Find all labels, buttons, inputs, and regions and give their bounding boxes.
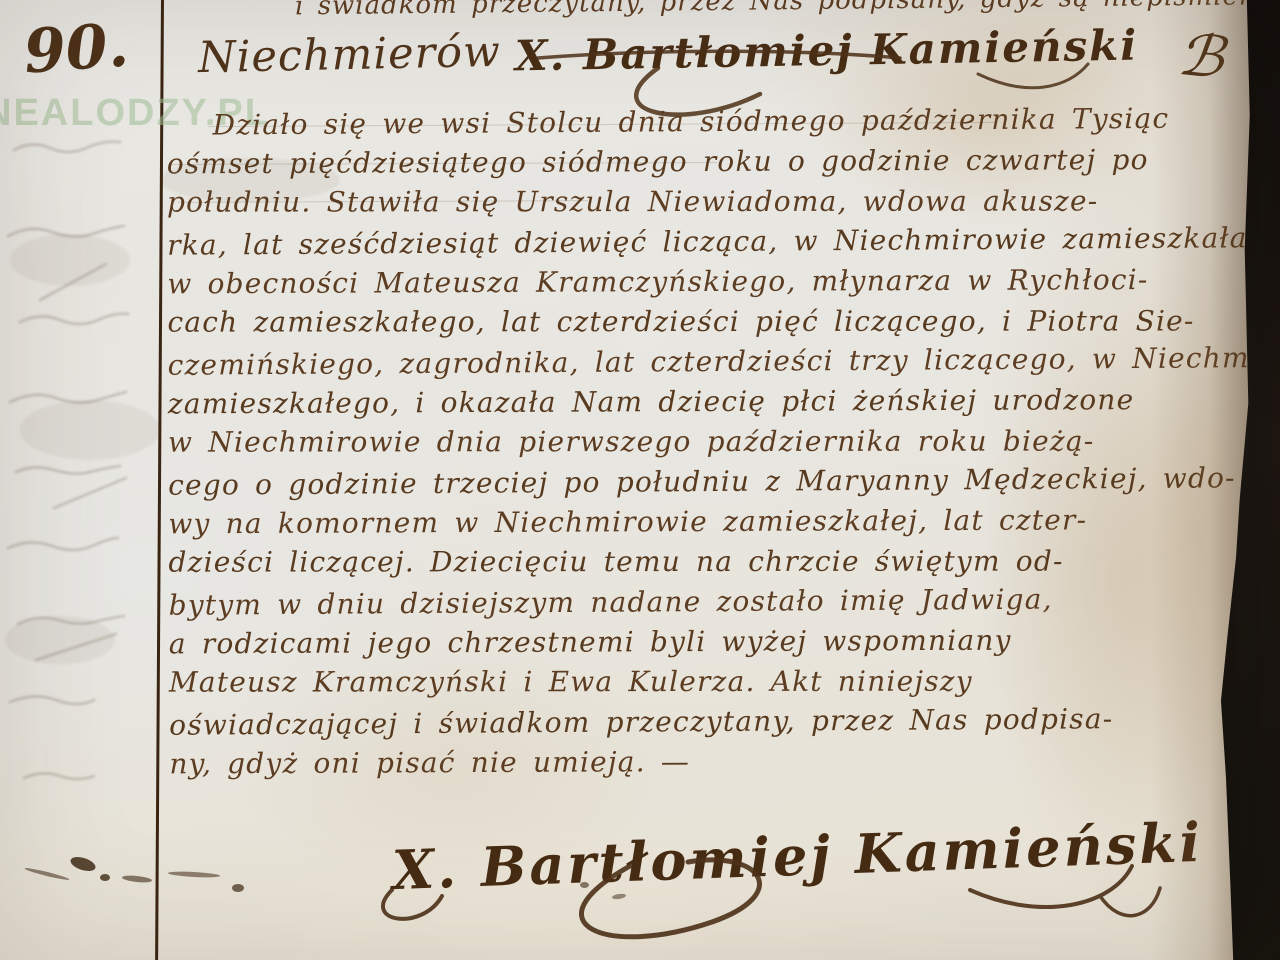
act-line: w Niechmirowie dnia pierwszego październ… [168, 421, 1253, 462]
act-line: oświadczającej i świadkom przeczytany, p… [169, 698, 1254, 746]
act-line: czemińskiego, zagrodnika, lat czterdzieś… [168, 338, 1253, 386]
act-line: w obecności Mateusza Kramczyńskiego, mły… [167, 260, 1252, 305]
act-line: cego o godzinie trzeciej po południu z M… [168, 458, 1253, 506]
act-line: Mateusz Kramczyński i Ewa Kulerza. Akt n… [169, 661, 1254, 702]
act-body-text: Działo się we wsi Stolcu dnia siódmego p… [167, 100, 1255, 785]
act-line: wy na komornem w Niechmirowie zamieszkał… [168, 500, 1253, 545]
act-line: ośmset pięćdziesiątego siódmego roku o g… [167, 140, 1252, 185]
act-line: dzieści liczącej. Dziecięciu temu na chr… [168, 541, 1253, 582]
act-line: Działo się we wsi Stolcu dnia siódmego p… [166, 98, 1251, 146]
ink-smudge [580, 882, 589, 888]
ink-smudge [100, 874, 110, 881]
act-line: ny, gdyż oni pisać nie umieją. — [169, 740, 1254, 785]
act-line: cach zamieszkałego, lat czterdzieści pię… [167, 301, 1252, 342]
act-line: rka, lat sześćdziesiąt dziewięć licząca,… [167, 218, 1252, 266]
act-line: zamieszkałego, i okazała Nam dziecię płc… [168, 380, 1253, 425]
record-number: 90. [22, 10, 131, 87]
signature-flourish [330, 838, 1170, 958]
act-line: a rodzicami jego chrzestnemi byli wyżej … [169, 620, 1254, 665]
ink-smudge [232, 884, 244, 892]
previous-record-fragment: i świadkom przeczytany, przez Nas podpis… [295, 0, 1280, 21]
register-page-photo: NEALODZY.PL 90. i świadkom przeczytany, … [0, 0, 1280, 960]
place-heading: Niechmierów [198, 27, 502, 83]
act-line: południu. Stawiła się Urszula Niewiadoma… [167, 181, 1252, 222]
act-line: bytym w dniu dzisiejszym nadane zostało … [169, 578, 1254, 626]
